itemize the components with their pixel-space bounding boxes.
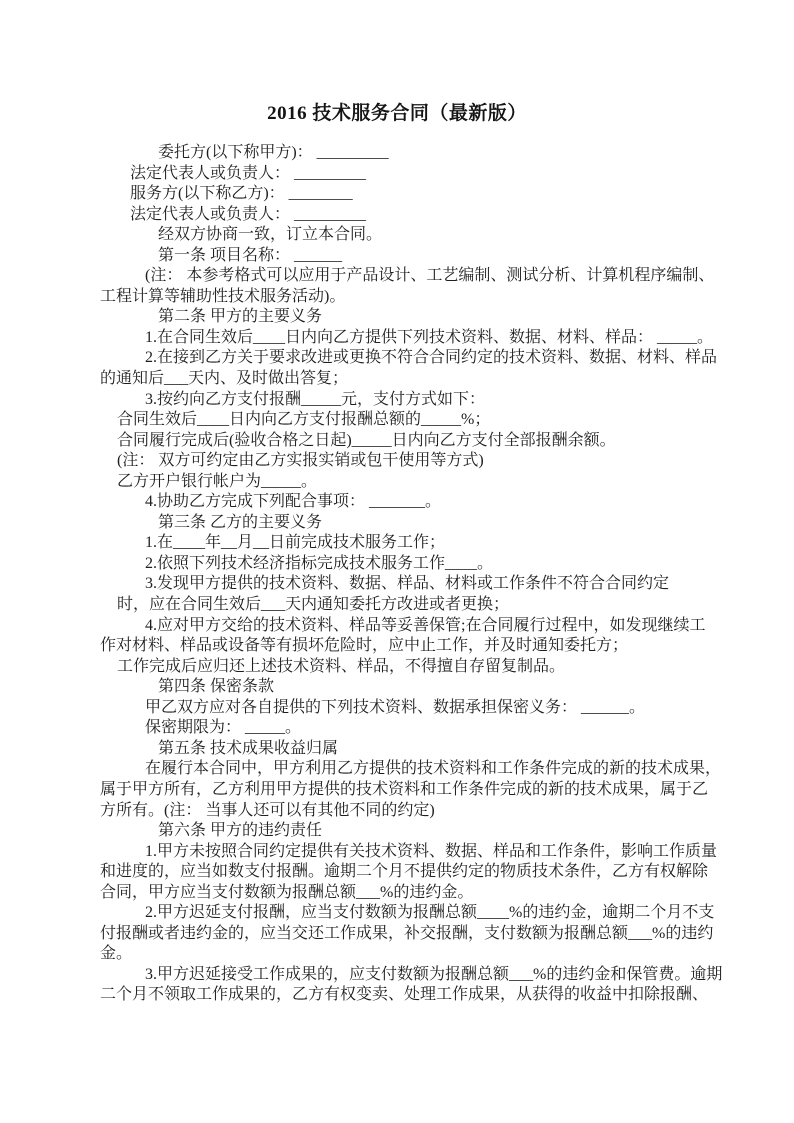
document-line: 第六条 甲方的违约责任 (100, 821, 704, 842)
document-line: (注： 本参考格式可以应用于产品设计、工艺编制、测试分析、计算机程序编制、 (100, 266, 704, 287)
document-line: 第三条 乙方的主要义务 (100, 513, 704, 534)
document-line: 法定代表人或负责人： _________ (100, 205, 704, 226)
document-line: 属于甲方所有，乙方利用甲方提供的技术资料和工作条件完成的新的技术成果，属于乙 (100, 780, 704, 801)
document-line: 作对材料、样品或设备等有损坏危险时，应中止工作，并及时通知委托方； (100, 636, 704, 657)
document-line: 金。 (100, 944, 704, 965)
document-line: 的通知后___天内、及时做出答复； (100, 369, 704, 390)
document-line: 1.在合同生效后____日内向乙方提供下列技术资料、数据、材料、样品： ____… (100, 328, 704, 349)
document-line: 4.协助乙方完成下列配合事项： _______。 (100, 492, 704, 513)
document-line: 经双方协商一致，订立本合同。 (100, 225, 704, 246)
document-line: 合同生效后____日内向乙方支付报酬总额的_____%； (100, 410, 704, 431)
document-page: 2016 技术服务合同（最新版） 委托方(以下称甲方)： _________法定… (0, 0, 794, 1123)
document-line: 付报酬或者违约金的，应当交还工作成果，补交报酬，支付数额为报酬总额___%的违约 (100, 924, 704, 945)
document-body: 委托方(以下称甲方)： _________法定代表人或负责人： ________… (100, 143, 704, 1006)
document-line: 1.在____年__月__日前完成技术服务工作； (100, 533, 704, 554)
document-line: 法定代表人或负责人： _________ (100, 164, 704, 185)
document-line: 在履行本合同中，甲方利用乙方提供的技术资料和工作条件完成的新的技术成果， (100, 759, 704, 780)
document-line: 合同履行完成后(验收合格之日起)_____日内向乙方支付全部报酬余额。 (100, 431, 704, 452)
document-line: 委托方(以下称甲方)： _________ (100, 143, 704, 164)
document-line: 和进度的，应当如数支付报酬。逾期二个月不提供约定的物质技术条件，乙方有权解除 (100, 862, 704, 883)
document-line: 3.发现甲方提供的技术资料、数据、样品、材料或工作条件不符合合同约定 (100, 574, 704, 595)
document-line: 2.依照下列技术经济指标完成技术服务工作____。 (100, 554, 704, 575)
document-line: 第五条 技术成果收益归属 (100, 739, 704, 760)
document-line: 2.甲方迟延支付报酬，应当支付数额为报酬总额____%的违约金，逾期二个月不支 (100, 903, 704, 924)
document-line: 时，应在合同生效后___天内通知委托方改进或者更换； (100, 595, 704, 616)
document-line: (注： 双方可约定由乙方实报实销或包干使用等方式) (100, 451, 704, 472)
document-line: 工作完成后应归还上述技术资料、样品，不得擅自存留复制品。 (100, 657, 704, 678)
document-line: 乙方开户银行帐户为_____。 (100, 472, 704, 493)
document-line: 二个月不领取工作成果的，乙方有权变卖、处理工作成果，从获得的收益中扣除报酬、 (100, 985, 704, 1006)
document-line: 4.应对甲方交给的技术资料、样品等妥善保管;在合同履行过程中，如发现继续工 (100, 616, 704, 637)
document-line: 3.按约向乙方支付报酬_____元，支付方式如下： (100, 390, 704, 411)
document-line: 2.在接到乙方关于要求改进或更换不符合合同约定的技术资料、数据、材料、样品 (100, 348, 704, 369)
document-line: 方所有。(注： 当事人还可以有其他不同的约定) (100, 801, 704, 822)
document-line: 第二条 甲方的主要义务 (100, 307, 704, 328)
document-line: 工程计算等辅助性技术服务活动)。 (100, 287, 704, 308)
document-line: 第四条 保密条款 (100, 677, 704, 698)
document-line: 3.甲方迟延接受工作成果的，应支付数额为报酬总额___%的违约金和保管费。逾期 (100, 965, 704, 986)
document-line: 保密期限为： _____。 (100, 718, 704, 739)
document-line: 合同，甲方应当支付数额为报酬总额___%的违约金。 (100, 883, 704, 904)
document-title: 2016 技术服务合同（最新版） (0, 100, 794, 127)
document-line: 第一条 项目名称： ______ (100, 246, 704, 267)
document-line: 服务方(以下称乙方)： ________ (100, 184, 704, 205)
document-line: 1.甲方未按照合同约定提供有关技术资料、数据、样品和工作条件，影响工作质量 (100, 842, 704, 863)
document-line: 甲乙双方应对各自提供的下列技术资料、数据承担保密义务： ______。 (100, 698, 704, 719)
